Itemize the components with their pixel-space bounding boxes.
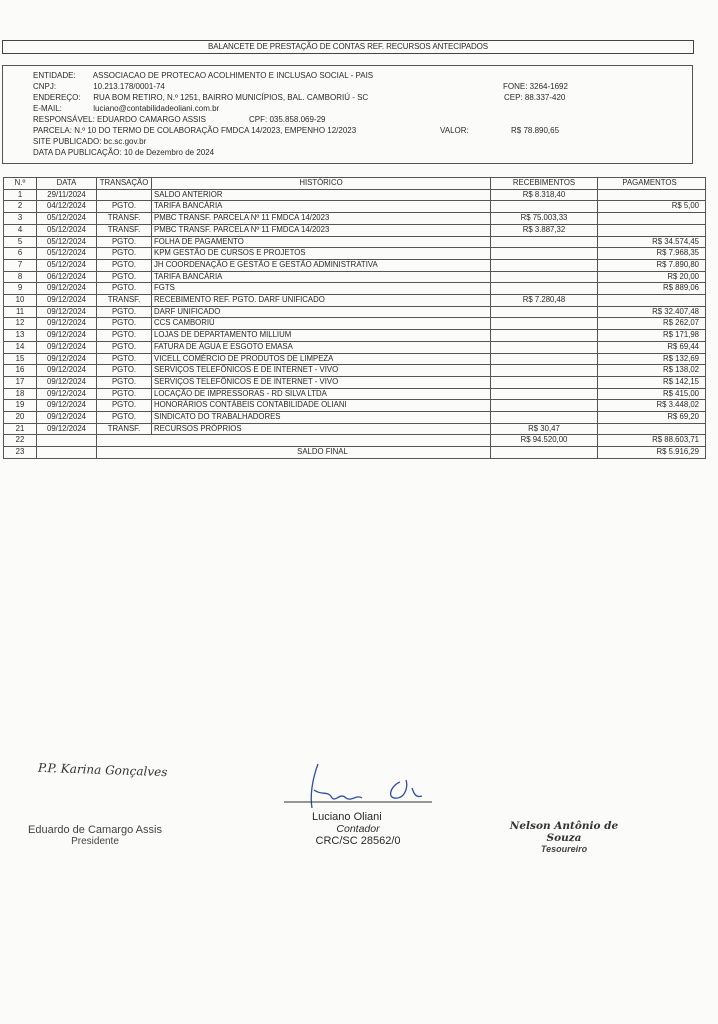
row-date: 05/12/2024 bbox=[37, 224, 97, 236]
row-transaction: PGTO. bbox=[97, 330, 152, 342]
header-historico: HISTÓRICO bbox=[152, 178, 491, 190]
table-row: 806/12/2024PGTO.TARIFA BANCÁRIAR$ 20,00 bbox=[4, 271, 706, 283]
row-payment: R$ 69,44 bbox=[598, 341, 706, 353]
row-number: 6 bbox=[4, 248, 37, 260]
row-history: FATURA DE ÁGUA E ESGOTO EMASA bbox=[152, 341, 491, 353]
row-transaction bbox=[97, 189, 152, 201]
row-receipt bbox=[491, 318, 598, 330]
row-history: LOCAÇÃO DE IMPRESSORAS - RD SILVA LTDA bbox=[152, 388, 491, 400]
saldo-final-number: 23 bbox=[4, 447, 37, 459]
row-history: KPM GESTÃO DE CURSOS E PROJETOS bbox=[152, 248, 491, 260]
row-transaction: PGTO. bbox=[97, 283, 152, 295]
totals-row: 22 R$ 94.520,00 R$ 88.603,71 bbox=[4, 435, 706, 447]
table-row: 2009/12/2024PGTO.SINDICATO DO TRABALHADO… bbox=[4, 412, 706, 424]
row-receipt bbox=[491, 400, 598, 412]
row-number: 11 bbox=[4, 306, 37, 318]
row-payment: R$ 889,06 bbox=[598, 283, 706, 295]
table-row: 1009/12/2024TRANSF.RECEBIMENTO REF. PGTO… bbox=[4, 295, 706, 307]
row-transaction: PGTO. bbox=[97, 400, 152, 412]
totals-blank-date bbox=[37, 435, 97, 447]
header-recebimentos: RECEBIMENTOS bbox=[491, 178, 598, 190]
row-receipt bbox=[491, 259, 598, 271]
row-receipt: R$ 3.887,32 bbox=[491, 224, 598, 236]
row-number: 19 bbox=[4, 400, 37, 412]
row-number: 13 bbox=[4, 330, 37, 342]
row-number: 17 bbox=[4, 376, 37, 388]
row-transaction: TRANSF. bbox=[97, 295, 152, 307]
saldo-final-blank-date bbox=[37, 447, 97, 459]
row-receipt bbox=[491, 388, 598, 400]
presidente-role: Presidente bbox=[20, 836, 170, 847]
valor-label: VALOR: bbox=[440, 126, 469, 136]
row-payment: R$ 7.968,35 bbox=[598, 248, 706, 260]
row-receipt bbox=[491, 353, 598, 365]
table-row: 305/12/2024TRANSF.PMBC TRANSF. PARCELA N… bbox=[4, 213, 706, 225]
table-row: 1109/12/2024PGTO.DARF UNIFICADOR$ 32.407… bbox=[4, 306, 706, 318]
table-row: 405/12/2024TRANSF.PMBC TRANSF. PARCELA N… bbox=[4, 224, 706, 236]
row-history: TARIFA BANCÁRIA bbox=[152, 271, 491, 283]
responsavel-value: RESPONSÁVEL: EDUARDO CAMARGO ASSIS bbox=[33, 115, 206, 125]
totals-blank-desc bbox=[97, 435, 491, 447]
saldo-final-label: SALDO FINAL bbox=[97, 447, 491, 459]
row-history: SERVIÇOS TELEFÔNICOS E DE INTERNET - VIV… bbox=[152, 365, 491, 377]
row-number: 21 bbox=[4, 423, 37, 435]
row-history: LOJAS DE DEPARTAMENTO MILLIUM bbox=[152, 330, 491, 342]
cnpj-row: CNPJ: 10.213.178/0001-74 bbox=[33, 82, 165, 92]
row-payment bbox=[598, 189, 706, 201]
table-row: 705/12/2024PGTO.JH COORDENAÇÃO E GESTÃO … bbox=[4, 259, 706, 271]
email-value: luciano@contabilidadeoliani.com.br bbox=[93, 104, 219, 113]
table-row: 1509/12/2024PGTO.VICELL COMÉRCIO DE PROD… bbox=[4, 353, 706, 365]
row-number: 10 bbox=[4, 295, 37, 307]
tesoureiro-block: Nelson Antônio de Souza Tesoureiro bbox=[494, 820, 634, 854]
row-date: 09/12/2024 bbox=[37, 412, 97, 424]
table-row: 505/12/2024PGTO.FOLHA DE PAGAMENTOR$ 34.… bbox=[4, 236, 706, 248]
row-date: 29/11/2024 bbox=[37, 189, 97, 201]
row-history: JH COORDENAÇÃO E GESTÃO E GESTÃO ADMINIS… bbox=[152, 259, 491, 271]
presidente-name: Eduardo de Camargo Assis bbox=[20, 824, 170, 836]
row-date: 06/12/2024 bbox=[37, 271, 97, 283]
contador-crc: CRC/SC 28562/0 bbox=[282, 835, 434, 847]
row-date: 09/12/2024 bbox=[37, 318, 97, 330]
row-receipt: R$ 30,47 bbox=[491, 423, 598, 435]
row-history: FOLHA DE PAGAMENTO bbox=[152, 236, 491, 248]
table-row: 1409/12/2024PGTO.FATURA DE ÁGUA E ESGOTO… bbox=[4, 341, 706, 353]
row-history: RECEBIMENTO REF. PGTO. DARF UNIFICADO bbox=[152, 295, 491, 307]
row-payment: R$ 415,00 bbox=[598, 388, 706, 400]
row-transaction: PGTO. bbox=[97, 365, 152, 377]
row-history: DARF UNIFICADO bbox=[152, 306, 491, 318]
row-payment: R$ 171,98 bbox=[598, 330, 706, 342]
row-transaction: PGTO. bbox=[97, 353, 152, 365]
row-transaction: PGTO. bbox=[97, 248, 152, 260]
row-date: 09/12/2024 bbox=[37, 400, 97, 412]
row-transaction: PGTO. bbox=[97, 388, 152, 400]
row-receipt bbox=[491, 306, 598, 318]
table-row: 1709/12/2024PGTO.SERVIÇOS TELEFÔNICOS E … bbox=[4, 376, 706, 388]
table-row: 1309/12/2024PGTO.LOJAS DE DEPARTAMENTO M… bbox=[4, 330, 706, 342]
valor-value: R$ 78.890,65 bbox=[511, 126, 559, 136]
entidade-label: ENTIDADE: bbox=[33, 71, 91, 81]
row-receipt bbox=[491, 248, 598, 260]
contador-block: Luciano Oliani Contador CRC/SC 28562/0 bbox=[282, 760, 434, 847]
row-number: 16 bbox=[4, 365, 37, 377]
cnpj-value: 10.213.178/0001-74 bbox=[93, 82, 165, 91]
row-receipt bbox=[491, 236, 598, 248]
row-date: 09/12/2024 bbox=[37, 330, 97, 342]
row-payment: R$ 32.407,48 bbox=[598, 306, 706, 318]
header-data: DATA bbox=[37, 178, 97, 190]
row-transaction: PGTO. bbox=[97, 318, 152, 330]
row-history: SALDO ANTERIOR bbox=[152, 189, 491, 201]
row-date: 05/12/2024 bbox=[37, 259, 97, 271]
entidade-value: ASSOCIACAO DE PROTECAO ACOLHIMENTO E INC… bbox=[93, 71, 373, 80]
row-payment: R$ 5,00 bbox=[598, 201, 706, 213]
table-row: 129/11/2024SALDO ANTERIORR$ 8.318,40 bbox=[4, 189, 706, 201]
totals-number: 22 bbox=[4, 435, 37, 447]
row-transaction: PGTO. bbox=[97, 306, 152, 318]
row-history: TARIFA BANCÁRIA bbox=[152, 201, 491, 213]
row-history: SERVIÇOS TELEFÔNICOS E DE INTERNET - VIV… bbox=[152, 376, 491, 388]
table-row: 1209/12/2024PGTO.CCS CAMBORIÚR$ 262,07 bbox=[4, 318, 706, 330]
ledger-table: N.º DATA TRANSAÇÃO HISTÓRICO RECEBIMENTO… bbox=[3, 177, 706, 459]
row-payment bbox=[598, 423, 706, 435]
row-payment: R$ 7.890,80 bbox=[598, 259, 706, 271]
endereco-value: RUA BOM RETIRO, N.º 1251, BAIRRO MUNICÍP… bbox=[93, 93, 368, 102]
row-history: HONORÁRIOS CONTÁBEIS CONTABILIDADE OLIAN… bbox=[152, 400, 491, 412]
row-payment: R$ 132,69 bbox=[598, 353, 706, 365]
row-number: 18 bbox=[4, 388, 37, 400]
table-header-row: N.º DATA TRANSAÇÃO HISTÓRICO RECEBIMENTO… bbox=[4, 178, 706, 190]
row-transaction: PGTO. bbox=[97, 236, 152, 248]
table-row: 1909/12/2024PGTO.HONORÁRIOS CONTÁBEIS CO… bbox=[4, 400, 706, 412]
row-receipt bbox=[491, 330, 598, 342]
row-transaction: TRANSF. bbox=[97, 213, 152, 225]
row-payment bbox=[598, 224, 706, 236]
table-row: 1809/12/2024PGTO.LOCAÇÃO DE IMPRESSORAS … bbox=[4, 388, 706, 400]
row-number: 3 bbox=[4, 213, 37, 225]
data-publicacao-value: DATA DA PUBLICAÇÃO: 10 de Dezembro de 20… bbox=[33, 148, 214, 158]
row-number: 5 bbox=[4, 236, 37, 248]
site-value: SITE PUBLICADO: bc.sc.gov.br bbox=[33, 137, 146, 147]
saldo-final-row: 23 SALDO FINAL R$ 5.916,29 bbox=[4, 447, 706, 459]
table-row: 909/12/2024PGTO.FGTSR$ 889,06 bbox=[4, 283, 706, 295]
ledger-body: 129/11/2024SALDO ANTERIORR$ 8.318,40204/… bbox=[4, 189, 706, 435]
fone-value: FONE: 3264-1692 bbox=[503, 82, 568, 92]
row-transaction: PGTO. bbox=[97, 412, 152, 424]
table-row: 204/12/2024PGTO.TARIFA BANCÁRIAR$ 5,00 bbox=[4, 201, 706, 213]
row-number: 15 bbox=[4, 353, 37, 365]
presidente-signature: P.P. Karina Gonçalves bbox=[38, 761, 168, 780]
contador-name: Luciano Oliani bbox=[282, 811, 434, 823]
row-date: 09/12/2024 bbox=[37, 388, 97, 400]
row-history: PMBC TRANSF. PARCELA Nº 11 FMDCA 14/2023 bbox=[152, 224, 491, 236]
row-number: 12 bbox=[4, 318, 37, 330]
endereco-label: ENDEREÇO: bbox=[33, 93, 91, 103]
tesoureiro-name: Nelson Antônio de Souza bbox=[494, 820, 634, 844]
totals-pagamentos: R$ 88.603,71 bbox=[598, 435, 706, 447]
row-history: PMBC TRANSF. PARCELA Nº 11 FMDCA 14/2023 bbox=[152, 213, 491, 225]
presidente-block: Eduardo de Camargo Assis Presidente bbox=[20, 824, 170, 847]
row-receipt bbox=[491, 283, 598, 295]
parcela-value: PARCELA: N.º 10 DO TERMO DE COLABORAÇÃO … bbox=[33, 126, 356, 136]
row-payment: R$ 20,00 bbox=[598, 271, 706, 283]
row-payment: R$ 3.448,02 bbox=[598, 400, 706, 412]
document-title: BALANCETE DE PRESTAÇÃO DE CONTAS REF. RE… bbox=[2, 40, 694, 54]
row-date: 04/12/2024 bbox=[37, 201, 97, 213]
row-payment: R$ 142,15 bbox=[598, 376, 706, 388]
cep-value: CEP: 88.337-420 bbox=[504, 93, 565, 103]
row-date: 05/12/2024 bbox=[37, 213, 97, 225]
row-receipt bbox=[491, 376, 598, 388]
row-date: 05/12/2024 bbox=[37, 248, 97, 260]
header-pagamentos: PAGAMENTOS bbox=[598, 178, 706, 190]
row-number: 7 bbox=[4, 259, 37, 271]
row-receipt: R$ 8.318,40 bbox=[491, 189, 598, 201]
row-date: 09/12/2024 bbox=[37, 283, 97, 295]
endereco-row: ENDEREÇO: RUA BOM RETIRO, N.º 1251, BAIR… bbox=[33, 93, 368, 103]
row-history: FGTS bbox=[152, 283, 491, 295]
row-date: 09/12/2024 bbox=[37, 423, 97, 435]
row-history: VICELL COMÉRCIO DE PRODUTOS DE LIMPEZA bbox=[152, 353, 491, 365]
row-payment bbox=[598, 295, 706, 307]
row-number: 4 bbox=[4, 224, 37, 236]
contador-signature-icon bbox=[282, 760, 434, 812]
row-receipt bbox=[491, 201, 598, 213]
saldo-final-value: R$ 5.916,29 bbox=[598, 447, 706, 459]
row-number: 14 bbox=[4, 341, 37, 353]
row-receipt bbox=[491, 341, 598, 353]
saldo-final-blank-rec bbox=[491, 447, 598, 459]
row-date: 09/12/2024 bbox=[37, 295, 97, 307]
row-receipt: R$ 75.003,33 bbox=[491, 213, 598, 225]
row-payment bbox=[598, 213, 706, 225]
row-number: 20 bbox=[4, 412, 37, 424]
row-date: 09/12/2024 bbox=[37, 365, 97, 377]
email-label: E-MAIL: bbox=[33, 104, 91, 114]
tesoureiro-role: Tesoureiro bbox=[494, 844, 634, 854]
row-transaction: TRANSF. bbox=[97, 224, 152, 236]
row-date: 09/12/2024 bbox=[37, 341, 97, 353]
row-transaction: PGTO. bbox=[97, 376, 152, 388]
header-numero: N.º bbox=[4, 178, 37, 190]
row-receipt: R$ 7.280,48 bbox=[491, 295, 598, 307]
table-row: 1609/12/2024PGTO.SERVIÇOS TELEFÔNICOS E … bbox=[4, 365, 706, 377]
entidade-row: ENTIDADE: ASSOCIACAO DE PROTECAO ACOLHIM… bbox=[33, 71, 373, 81]
row-transaction: PGTO. bbox=[97, 201, 152, 213]
cpf-value: CPF: 035.858.069-29 bbox=[249, 115, 326, 125]
cnpj-label: CNPJ: bbox=[33, 82, 91, 92]
row-date: 09/12/2024 bbox=[37, 353, 97, 365]
row-number: 2 bbox=[4, 201, 37, 213]
table-row: 2109/12/2024TRANSF.RECURSOS PRÓPRIOSR$ 3… bbox=[4, 423, 706, 435]
email-row: E-MAIL: luciano@contabilidadeoliani.com.… bbox=[33, 104, 219, 114]
row-history: RECURSOS PRÓPRIOS bbox=[152, 423, 491, 435]
row-number: 9 bbox=[4, 283, 37, 295]
entity-info-box: ENTIDADE: ASSOCIACAO DE PROTECAO ACOLHIM… bbox=[2, 65, 693, 164]
row-history: SINDICATO DO TRABALHADORES bbox=[152, 412, 491, 424]
row-history: CCS CAMBORIÚ bbox=[152, 318, 491, 330]
row-number: 1 bbox=[4, 189, 37, 201]
header-transacao: TRANSAÇÃO bbox=[97, 178, 152, 190]
row-date: 09/12/2024 bbox=[37, 306, 97, 318]
table-row: 605/12/2024PGTO.KPM GESTÃO DE CURSOS E P… bbox=[4, 248, 706, 260]
row-payment: R$ 34.574,45 bbox=[598, 236, 706, 248]
row-date: 05/12/2024 bbox=[37, 236, 97, 248]
row-payment: R$ 262,07 bbox=[598, 318, 706, 330]
row-payment: R$ 138,02 bbox=[598, 365, 706, 377]
contador-role: Contador bbox=[282, 823, 434, 835]
totals-recebimentos: R$ 94.520,00 bbox=[491, 435, 598, 447]
row-transaction: PGTO. bbox=[97, 259, 152, 271]
row-transaction: TRANSF. bbox=[97, 423, 152, 435]
row-transaction: PGTO. bbox=[97, 341, 152, 353]
row-receipt bbox=[491, 412, 598, 424]
row-receipt bbox=[491, 271, 598, 283]
row-payment: R$ 69,20 bbox=[598, 412, 706, 424]
row-number: 8 bbox=[4, 271, 37, 283]
row-date: 09/12/2024 bbox=[37, 376, 97, 388]
row-receipt bbox=[491, 365, 598, 377]
row-transaction: PGTO. bbox=[97, 271, 152, 283]
